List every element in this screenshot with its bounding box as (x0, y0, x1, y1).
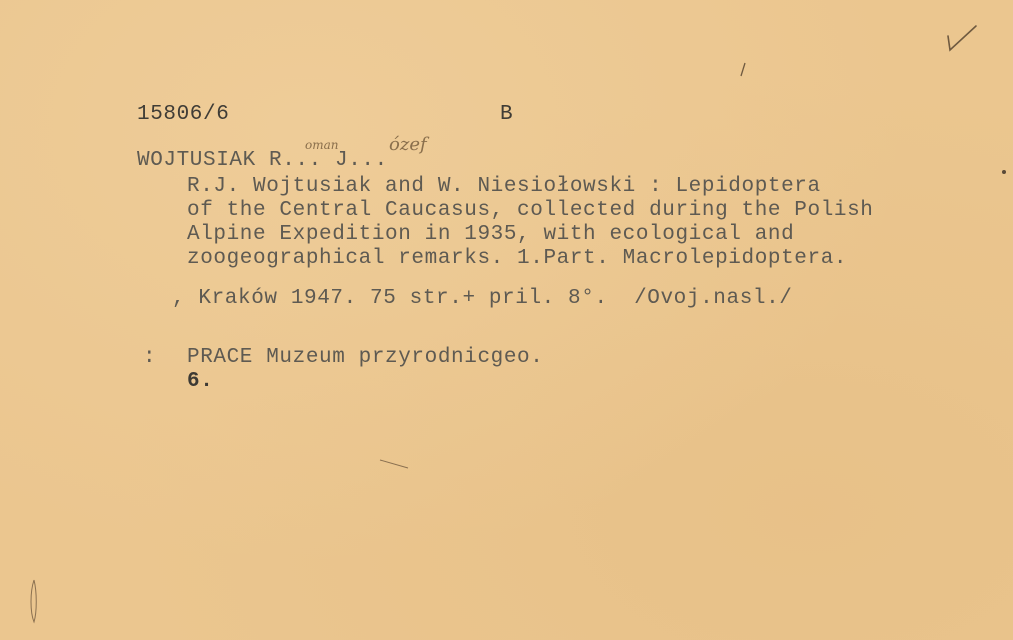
handwritten-first-name: oman (305, 138, 339, 152)
dot-mark-icon (1000, 168, 1008, 176)
series-title: PRACE Muzeum przyrodnicgeo. (187, 346, 543, 370)
handwritten-second-name: ózef (389, 134, 427, 155)
checkmark-icon (940, 22, 980, 58)
series-prefix: : (143, 346, 156, 370)
title-line-3: Alpine Expedition in 1935, with ecologic… (187, 223, 794, 247)
series-number: 6. (187, 370, 213, 394)
pencil-mark-icon (738, 62, 748, 78)
scratch-mark-icon (378, 456, 412, 472)
title-line-2: of the Central Caucasus, collected durin… (187, 199, 874, 223)
pencil-loop-icon (26, 578, 42, 626)
author-heading: WOJTUSIAK R... J... (137, 149, 388, 173)
title-line-1: R.J. Wojtusiak and W. Niesiołowski : Lep… (187, 175, 821, 199)
catalog-card: 15806/6 B WOJTUSIAK R... J... oman ózef … (0, 0, 1013, 640)
title-line-4: zoogeographical remarks. 1.Part. Macrole… (187, 247, 847, 271)
location-code: B (500, 103, 513, 127)
imprint-line: , Kraków 1947. 75 str.+ pril. 8°. /Ovoj.… (172, 287, 793, 311)
call-number: 15806/6 (137, 103, 229, 127)
